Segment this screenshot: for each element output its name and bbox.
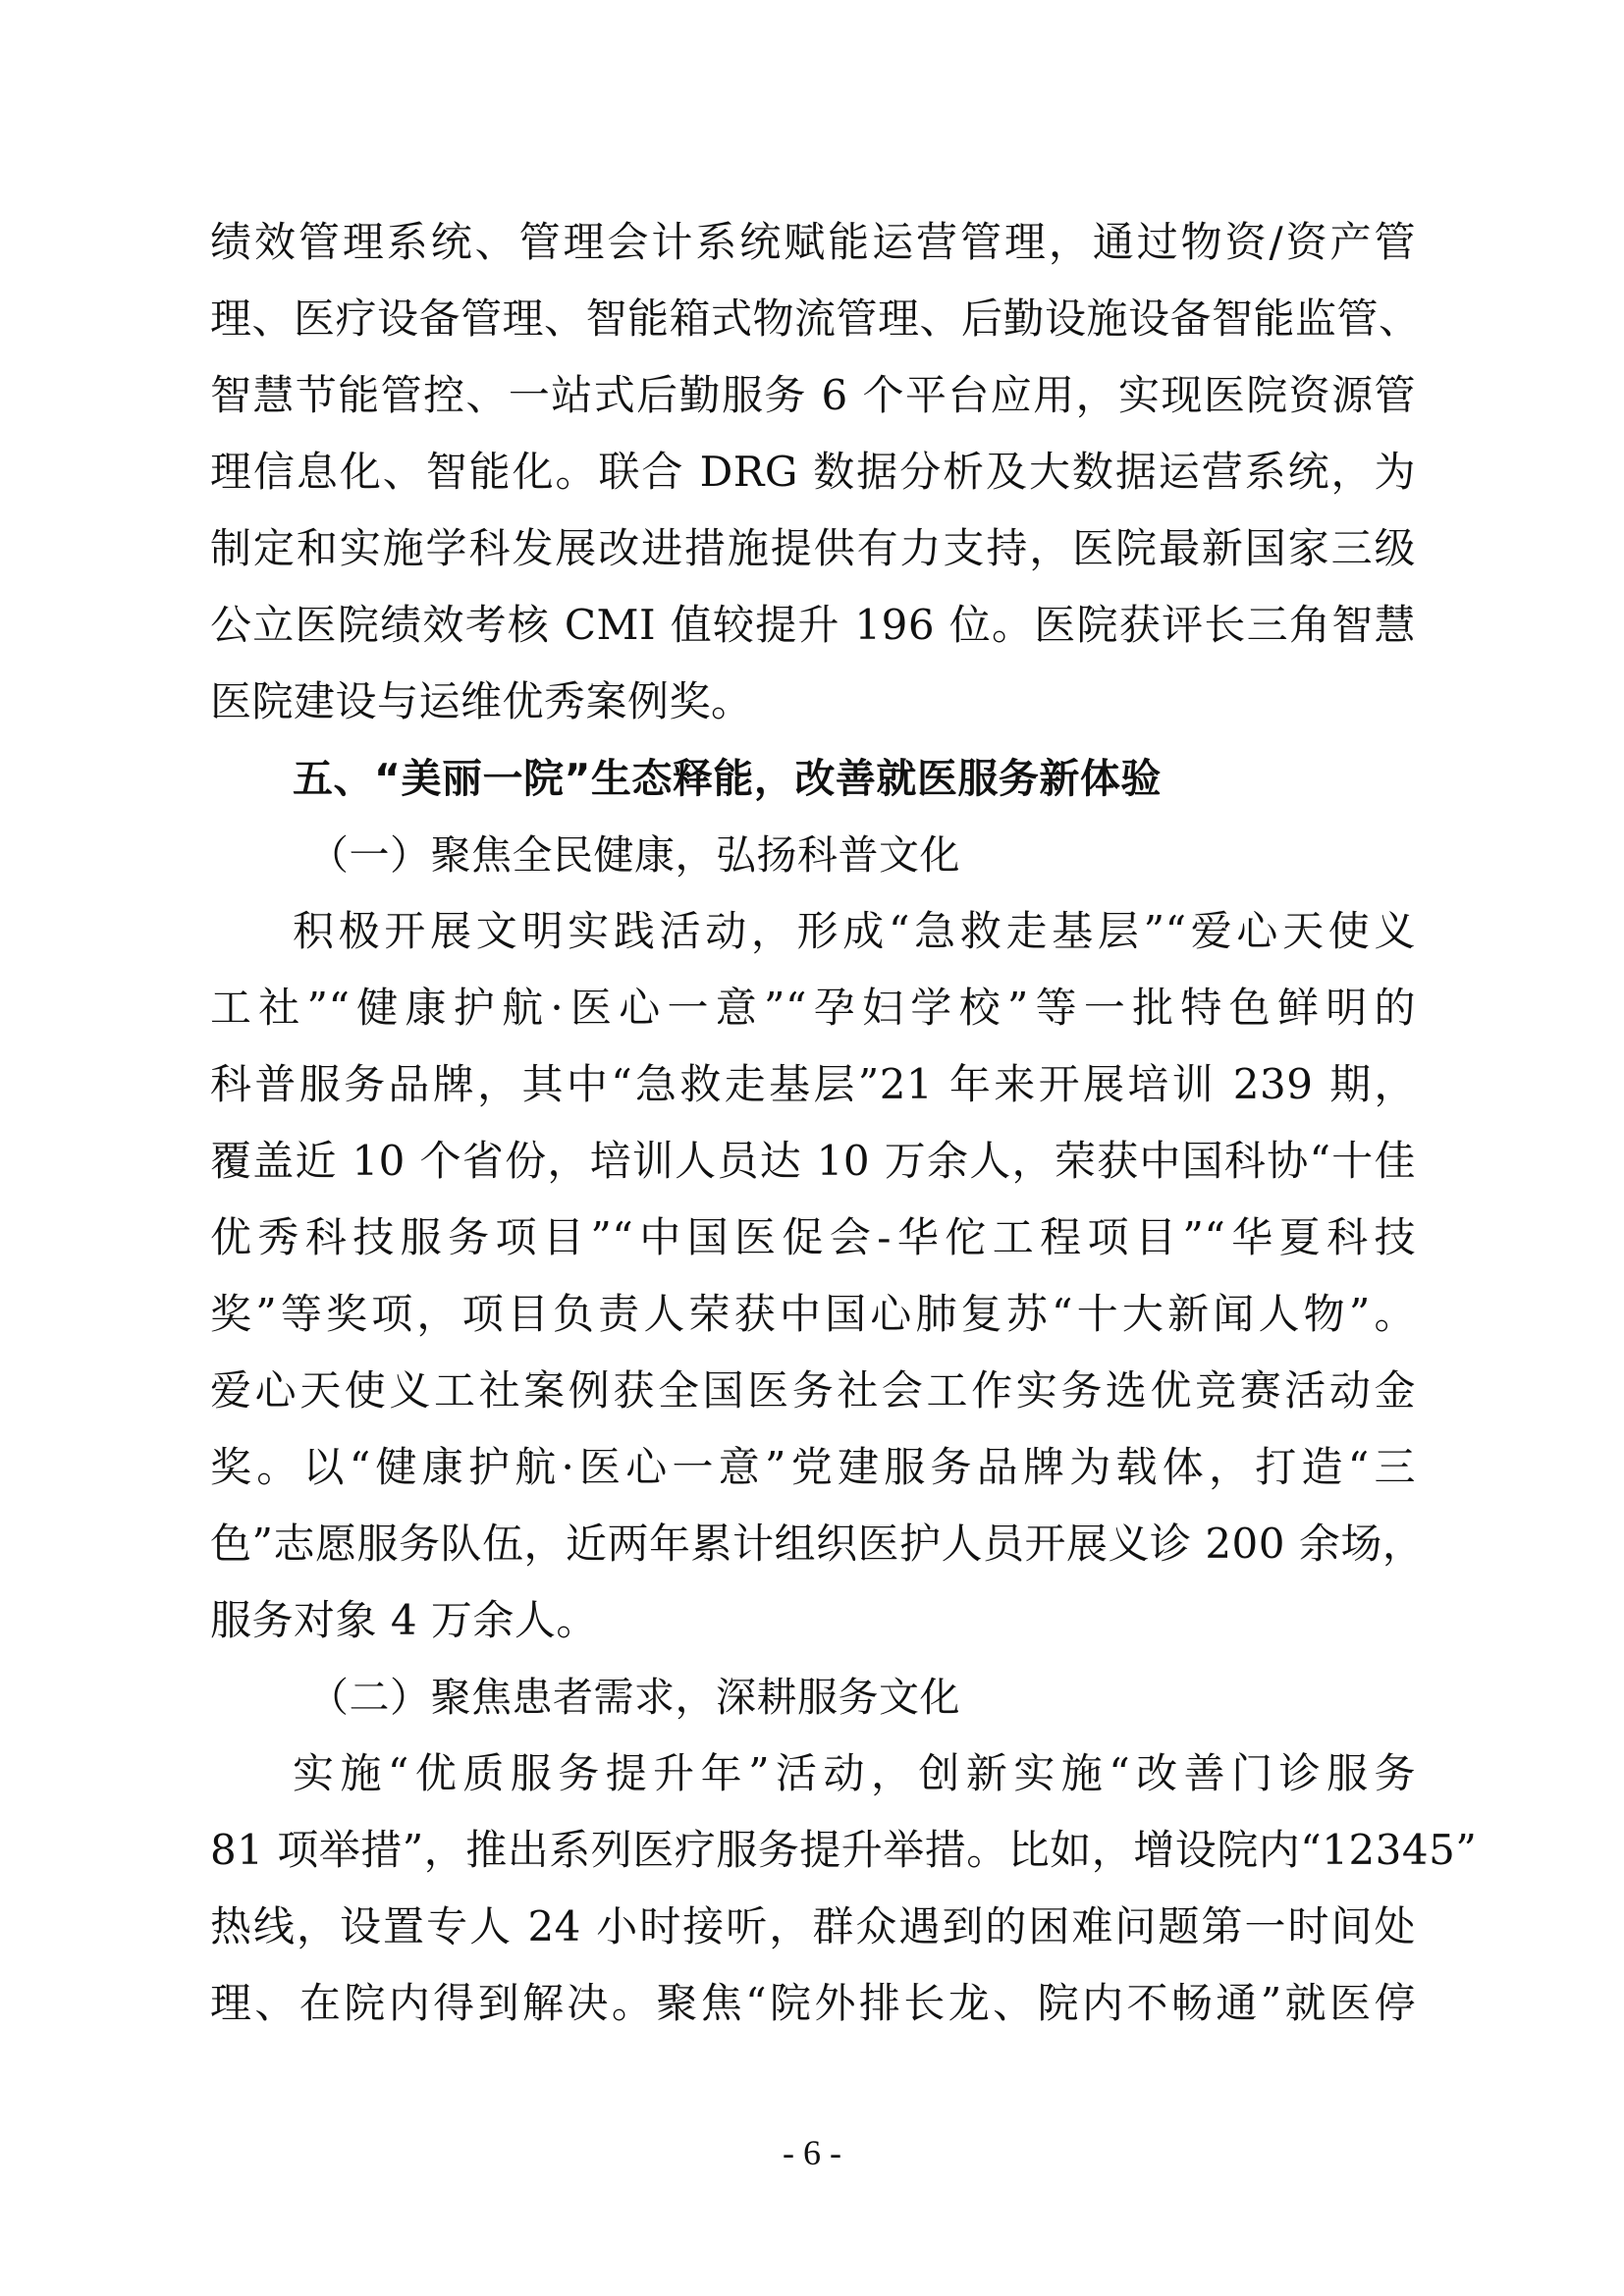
subsection-heading: （一）聚焦全民健康，弘扬科普文化: [210, 817, 1416, 893]
paragraph-line: 优秀科技服务项目”“中国医促会-华佗工程项目”“华夏科技: [210, 1200, 1416, 1276]
paragraph-line: 智慧节能管控、一站式后勤服务 6 个平台应用，实现医院资源管: [210, 357, 1416, 434]
paragraph-line: 工社”“健康护航·医心一意”“孕妇学校”等一批特色鲜明的: [210, 970, 1416, 1046]
paragraph-line: 积极开展文明实践活动，形成“急救走基层”“爱心天使义: [210, 893, 1416, 970]
subsection-heading: （二）聚焦患者需求，深耕服务文化: [210, 1659, 1416, 1735]
document-page: 绩效管理系统、管理会计系统赋能运营管理，通过物资/资产管 理、医疗设备管理、智能…: [0, 0, 1624, 2296]
paragraph-line: 热线，设置专人 24 小时接听，群众遇到的困难问题第一时间处: [210, 1889, 1416, 1965]
paragraph-line: 医院建设与运维优秀案例奖。: [210, 664, 1416, 740]
paragraph-line: 奖。以“健康护航·医心一意”党建服务品牌为载体，打造“三: [210, 1429, 1416, 1506]
paragraph-line: 爱心天使义工社案例获全国医务社会工作实务选优竞赛活动金: [210, 1353, 1416, 1429]
body-text: 绩效管理系统、管理会计系统赋能运营管理，通过物资/资产管 理、医疗设备管理、智能…: [210, 204, 1416, 2042]
paragraph-line: 理、医疗设备管理、智能箱式物流管理、后勤设施设备智能监管、: [210, 281, 1416, 357]
paragraph-line: 奖”等奖项，项目负责人荣获中国心肺复苏“十大新闻人物”。: [210, 1276, 1416, 1353]
paragraph-line: 科普服务品牌，其中“急救走基层”21 年来开展培训 239 期，: [210, 1046, 1416, 1123]
paragraph-line: 覆盖近 10 个省份，培训人员达 10 万余人，荣获中国科协“十佳: [210, 1123, 1416, 1200]
paragraph-line: 绩效管理系统、管理会计系统赋能运营管理，通过物资/资产管: [210, 204, 1416, 281]
section-heading: 五、“美丽一院”生态释能，改善就医服务新体验: [210, 740, 1416, 817]
paragraph-line: 色”志愿服务队伍，近两年累计组织医护人员开展义诊 200 余场，: [210, 1506, 1416, 1582]
paragraph-line: 理信息化、智能化。联合 DRG 数据分析及大数据运营系统，为: [210, 434, 1416, 510]
paragraph-line: 81 项举措”，推出系列医疗服务提升举措。比如，增设院内“12345”: [210, 1812, 1416, 1889]
page-number: - 6 -: [0, 2132, 1624, 2173]
paragraph-line: 服务对象 4 万余人。: [210, 1582, 1416, 1659]
paragraph-line: 制定和实施学科发展改进措施提供有力支持，医院最新国家三级: [210, 510, 1416, 587]
paragraph-line: 公立医院绩效考核 CMI 值较提升 196 位。医院获评长三角智慧: [210, 587, 1416, 664]
paragraph-line: 理、在院内得到解决。聚焦“院外排长龙、院内不畅通”就医停: [210, 1965, 1416, 2042]
paragraph-line: 实施“优质服务提升年”活动，创新实施“改善门诊服务: [210, 1735, 1416, 1812]
